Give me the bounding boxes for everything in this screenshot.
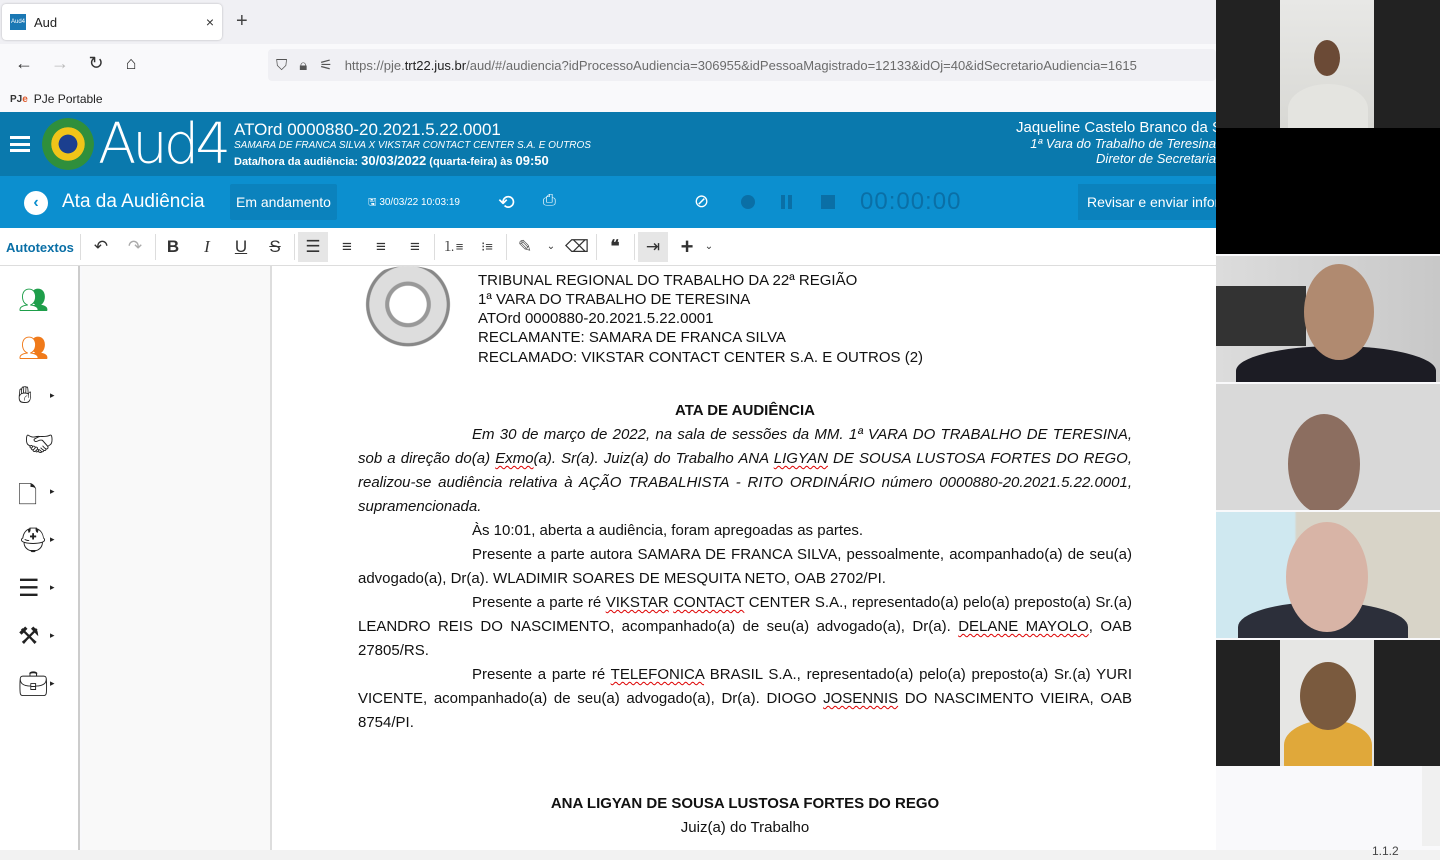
url-text[interactable]: https://pje.trt22.jus.br/aud/#/audiencia…	[345, 58, 1137, 73]
paragraph-opening: Em 30 de março de 2022, na sala de sessõ…	[358, 423, 1132, 519]
shield-icon[interactable]: ⛉	[276, 57, 287, 74]
forward-arrow-icon[interactable]: →	[48, 53, 72, 74]
bookmark-pje-portable[interactable]: PJe Portable	[34, 92, 103, 106]
user-role: Diretor de Secretaria	[1016, 151, 1216, 166]
align-right-icon[interactable]: ≡	[400, 232, 430, 262]
print-icon[interactable]: ⎙	[543, 192, 556, 210]
video-participant-4[interactable]	[1216, 384, 1440, 510]
reload-icon[interactable]: ↻	[84, 53, 108, 74]
bookmarks-bar: PJe PJe Portable	[0, 86, 1216, 112]
status-badge[interactable]: Em andamento	[230, 184, 337, 220]
video-participant-2[interactable]	[1216, 128, 1440, 254]
browser-tab-bar: Aud4 Aud × +	[0, 0, 1216, 44]
paragraph-claimant: Presente a parte autora SAMARA DE FRANCA…	[358, 543, 1132, 591]
aud4-logo: Aud4	[98, 112, 227, 177]
history-icon[interactable]: ⟲	[498, 190, 515, 215]
autotext-sidebar: 👥︎ 👥︎ ✋︎▸ 🤝︎ 🗋▸ ⛑︎▸ ☰▸ ⚒︎▸ 💼︎▸	[0, 266, 80, 860]
close-tab-icon[interactable]: ×	[206, 14, 214, 30]
browser-nav-bar: ← → ↻ ⌂ ⛉ 🔒︎ ⚟ https://pje.trt22.jus.br/…	[0, 44, 1216, 86]
menu-icon[interactable]	[10, 136, 30, 152]
review-send-button[interactable]: Revisar e enviar informações	[1078, 184, 1216, 220]
paragraph-defendant-2: Presente a parte ré TELEFONICA BRASIL S.…	[358, 663, 1132, 735]
insert-dropdown-icon[interactable]: ⌄	[694, 232, 724, 262]
tab-title: Aud	[34, 15, 206, 30]
doc-unit: 1ª VARA DO TRABALHO DE TERESINA	[478, 291, 750, 308]
save-icon: 🖫︎	[368, 197, 377, 208]
align-left-icon[interactable]: ≡	[332, 232, 362, 262]
video-participant-1[interactable]	[1216, 0, 1440, 128]
doc-claimant: RECLAMANTE: SAMARA DE FRANCA SILVA	[478, 329, 786, 346]
doc-body: Em 30 de março de 2022, na sala de sessõ…	[358, 423, 1132, 735]
bullet-list-icon[interactable]: ⁝≡	[472, 232, 502, 262]
underline-icon[interactable]: U	[226, 232, 256, 262]
new-tab-button[interactable]: +	[236, 10, 248, 33]
italic-icon[interactable]: I	[192, 232, 222, 262]
video-participant-5[interactable]	[1216, 512, 1440, 638]
address-bar[interactable]: ⛉ 🔒︎ ⚟ https://pje.trt22.jus.br/aud/#/au…	[268, 49, 1216, 81]
process-parties: SAMARA DE FRANCA SILVA X VIKSTAR CONTACT…	[234, 140, 591, 151]
align-justify-icon[interactable]: ☰	[298, 232, 328, 262]
stop-button[interactable]	[821, 195, 835, 209]
recording-timer: 00:00:00	[860, 188, 961, 216]
status-footer	[0, 850, 1440, 860]
process-number: ATOrd 0000880-20.2021.5.22.0001	[234, 120, 501, 140]
parties-absent-icon[interactable]: 👥︎	[18, 334, 62, 366]
doc-title: ATA DE AUDIÊNCIA	[272, 402, 1216, 419]
parties-present-icon[interactable]: 👥︎	[18, 286, 62, 318]
paragraph-opened: Às 10:01, aberta a audiência, foram apre…	[358, 519, 1132, 543]
last-saved: 🖫︎ 30/03/22 10:03:19	[368, 195, 460, 212]
doc-court: TRIBUNAL REGIONAL DO TRABALHO DA 22ª REG…	[478, 272, 857, 289]
app-version: 1.1.2	[1372, 844, 1399, 858]
back-arrow-icon[interactable]: ←	[12, 53, 36, 74]
document-icon[interactable]: 🗋▸	[18, 478, 62, 510]
strikethrough-icon[interactable]: S	[260, 232, 290, 262]
briefcase-icon[interactable]: 💼︎▸	[18, 670, 62, 702]
video-off-icon[interactable]: ⊘	[694, 191, 709, 212]
ordered-list-icon[interactable]: ⒈≡	[438, 232, 468, 262]
align-center-icon[interactable]: ≡	[366, 232, 396, 262]
signer-name: ANA LIGYAN DE SOUSA LUSTOSA FORTES DO RE…	[272, 795, 1216, 812]
redo-icon[interactable]: ↷	[120, 232, 150, 262]
favicon-icon: Aud4	[10, 14, 26, 30]
document-page[interactable]: TRIBUNAL REGIONAL DO TRABALHO DA 22ª REG…	[270, 266, 1216, 850]
medical-kit-icon[interactable]: ⛑︎▸	[18, 526, 62, 558]
browser-tab[interactable]: Aud4 Aud ×	[2, 4, 222, 40]
video-participant-6[interactable]	[1216, 640, 1440, 766]
autotextos-button[interactable]: Autotextos	[6, 240, 74, 255]
back-button[interactable]: ‹	[24, 191, 48, 215]
pause-button[interactable]	[781, 195, 785, 209]
document-coat-of-arms	[348, 266, 468, 362]
lock-icon[interactable]: 🔒︎	[299, 57, 307, 74]
notes-icon[interactable]: ☰▸	[18, 574, 62, 606]
paragraph-defendant-1: Presente a parte ré VIKSTAR CONTACT CENT…	[358, 591, 1132, 663]
indent-icon[interactable]: ⇥	[638, 232, 668, 262]
page-title: Ata da Audiência	[62, 191, 205, 213]
home-icon[interactable]: ⌂	[119, 53, 143, 74]
hearing-datetime: Data/hora da audiência: 30/03/2022 (quar…	[234, 153, 549, 168]
bold-icon[interactable]: B	[158, 232, 188, 262]
signer-role: Juiz(a) do Trabalho	[272, 819, 1216, 836]
doc-process: ATOrd 0000880-20.2021.5.22.0001	[478, 310, 713, 327]
minutes-header: ‹ Ata da Audiência Em andamento 🖫︎ 30/03…	[0, 176, 1216, 228]
blockquote-icon[interactable]: ❝	[600, 232, 630, 262]
editor-toolbar: Autotextos ↶ ↷ B I U S ☰ ≡ ≡ ≡ ⒈≡ ⁝≡ ✎ ⌄…	[0, 228, 1216, 266]
panel-scrollbar[interactable]	[1422, 766, 1440, 846]
permissions-icon[interactable]: ⚟	[319, 56, 332, 74]
record-button[interactable]	[741, 195, 755, 209]
user-unit: 1ª Vara do Trabalho de Teresina	[1016, 136, 1216, 151]
brazil-coat-of-arms-logo	[42, 118, 94, 170]
user-info[interactable]: Jaqueline Castelo Branco da Silva 1ª Var…	[1016, 119, 1216, 166]
handshake-icon[interactable]: 🤝︎	[24, 430, 68, 462]
video-participant-3[interactable]	[1216, 256, 1440, 382]
app-header: Aud4 ATOrd 0000880-20.2021.5.22.0001 SAM…	[0, 112, 1216, 176]
hand-icon[interactable]: ✋︎▸	[18, 382, 62, 414]
gavel-icon[interactable]: ⚒︎▸	[18, 622, 62, 654]
user-name: Jaqueline Castelo Branco da Silva	[1016, 119, 1216, 136]
eraser-icon[interactable]: ⌫	[562, 232, 592, 262]
undo-icon[interactable]: ↶	[86, 232, 116, 262]
pje-bookmark-icon: PJe	[10, 94, 28, 105]
doc-defendant: RECLAMADO: VIKSTAR CONTACT CENTER S.A. E…	[478, 349, 923, 366]
